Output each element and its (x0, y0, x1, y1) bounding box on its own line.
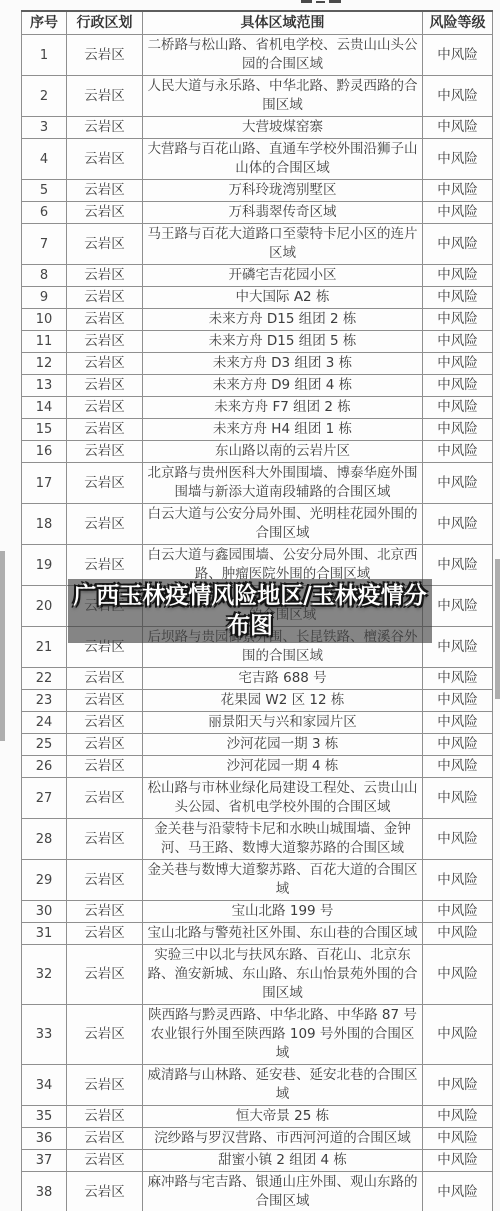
row-risk-cell: 中风险 (423, 945, 493, 1005)
row-district-cell: 云岩区 (67, 397, 143, 419)
row-area-cell: 花果园 W2 区 12 栋 (143, 690, 423, 712)
row-risk-cell: 中风险 (423, 1106, 493, 1128)
row-no-cell: 24 (22, 712, 67, 734)
table-row: 37云岩区甜蜜小镇 2 组团 4 栋中风险 (22, 1150, 493, 1172)
row-no-cell: 19 (22, 545, 67, 586)
row-area-cell: 二桥路与松山路、省机电学校、云贵山山头公园的合围区域 (143, 35, 423, 76)
row-no-cell: 25 (22, 734, 67, 756)
row-district-cell: 云岩区 (67, 35, 143, 76)
row-risk-cell: 中风险 (423, 923, 493, 945)
row-district-cell: 云岩区 (67, 353, 143, 375)
right-edge-artifact (495, 559, 500, 699)
row-risk-cell: 中风险 (423, 139, 493, 180)
row-no-cell: 20 (22, 586, 67, 627)
row-no-cell: 28 (22, 819, 67, 860)
table-row: 26云岩区沙河花园一期 4 栋中风险 (22, 756, 493, 778)
row-risk-cell: 中风险 (423, 441, 493, 463)
row-risk-cell: 中风险 (423, 397, 493, 419)
row-risk-cell: 中风险 (423, 224, 493, 265)
table-row: 5云岩区万科玲珑湾别墅区中风险 (22, 180, 493, 202)
row-risk-cell: 中风险 (423, 35, 493, 76)
row-risk-cell: 中风险 (423, 375, 493, 397)
header-risk: 风险等级 (423, 11, 493, 35)
row-risk-cell: 中风险 (423, 76, 493, 117)
row-district-cell: 云岩区 (67, 76, 143, 117)
row-risk-cell: 中风险 (423, 331, 493, 353)
left-edge-artifact (0, 551, 5, 741)
row-area-cell: 未来方舟 F7 组团 2 栋 (143, 397, 423, 419)
row-district-cell: 云岩区 (67, 945, 143, 1005)
table-row: 11云岩区未来方舟 D15 组团 5 栋中风险 (22, 331, 493, 353)
table-row: 6云岩区万科翡翠传奇区域中风险 (22, 202, 493, 224)
row-area-cell: 实验三中以北与扶风东路、百花山、北京东路、渔安新城、东山路、东山怡景苑外围的合围… (143, 945, 423, 1005)
table-row: 33云岩区陕西路与黔灵西路、中华北路、中华路 87 号农业银行外围至陕西路 10… (22, 1005, 493, 1065)
header-district: 行政区划 (67, 11, 143, 35)
row-area-cell: 万科翡翠传奇区域 (143, 202, 423, 224)
row-no-cell: 26 (22, 756, 67, 778)
row-district-cell: 云岩区 (67, 690, 143, 712)
row-no-cell: 30 (22, 901, 67, 923)
table-row: 12云岩区未来方舟 D3 组团 3 栋中风险 (22, 353, 493, 375)
table-row: 28云岩区金关巷与沿蒙特卡尼和水映山城围墙、金钟河、马王路、数博大道黎苏路的合围… (22, 819, 493, 860)
row-district-cell: 云岩区 (67, 180, 143, 202)
cropped-glyph (301, 0, 312, 3)
row-risk-cell: 中风险 (423, 353, 493, 375)
row-no-cell: 37 (22, 1150, 67, 1172)
row-district-cell: 云岩区 (67, 1106, 143, 1128)
row-risk-cell: 中风险 (423, 202, 493, 224)
row-district-cell: 云岩区 (67, 375, 143, 397)
table-row: 24云岩区丽景阳天与兴和家园片区中风险 (22, 712, 493, 734)
row-district-cell: 云岩区 (67, 901, 143, 923)
row-district-cell: 云岩区 (67, 668, 143, 690)
row-area-cell: 万科玲珑湾别墅区 (143, 180, 423, 202)
row-risk-cell: 中风险 (423, 712, 493, 734)
row-area-cell: 金关巷与沿蒙特卡尼和水映山城围墙、金钟河、马王路、数博大道黎苏路的合围区域 (143, 819, 423, 860)
row-no-cell: 8 (22, 265, 67, 287)
table-row: 7云岩区马王路与百花大道路口至蒙特卡尼小区的连片区域中风险 (22, 224, 493, 265)
row-no-cell: 34 (22, 1065, 67, 1106)
row-risk-cell: 中风险 (423, 690, 493, 712)
row-district-cell: 云岩区 (67, 778, 143, 819)
row-district-cell: 云岩区 (67, 1150, 143, 1172)
row-district-cell: 云岩区 (67, 287, 143, 309)
row-area-cell: 宅吉路 688 号 (143, 668, 423, 690)
row-district-cell: 云岩区 (67, 756, 143, 778)
table-row: 10云岩区未来方舟 D15 组团 2 栋中风险 (22, 309, 493, 331)
cropped-glyph (316, 1, 325, 3)
row-no-cell: 29 (22, 860, 67, 901)
row-risk-cell: 中风险 (423, 265, 493, 287)
row-district-cell: 云岩区 (67, 860, 143, 901)
row-district-cell: 云岩区 (67, 1005, 143, 1065)
table-row: 25云岩区沙河花园一期 3 栋中风险 (22, 734, 493, 756)
row-area-cell: 未来方舟 D15 组团 5 栋 (143, 331, 423, 353)
table-row: 27云岩区松山路与市林业绿化局建设工程处、云贵山山头公园、省机电学校外围的合围区… (22, 778, 493, 819)
row-risk-cell: 中风险 (423, 504, 493, 545)
row-no-cell: 4 (22, 139, 67, 180)
table-row: 18云岩区白云大道与公安分局外围、光明桂花园外围的合围区域中风险 (22, 504, 493, 545)
table-row: 35云岩区恒大帝景 25 栋中风险 (22, 1106, 493, 1128)
row-risk-cell: 中风险 (423, 860, 493, 901)
row-no-cell: 36 (22, 1128, 67, 1150)
row-district-cell: 云岩区 (67, 419, 143, 441)
row-district-cell: 云岩区 (67, 441, 143, 463)
row-risk-cell: 中风险 (423, 287, 493, 309)
row-no-cell: 12 (22, 353, 67, 375)
row-area-cell: 未来方舟 D3 组团 3 栋 (143, 353, 423, 375)
row-risk-cell: 中风险 (423, 1172, 493, 1211)
table-row: 13云岩区未来方舟 D9 组团 4 栋中风险 (22, 375, 493, 397)
row-risk-cell: 中风险 (423, 180, 493, 202)
row-no-cell: 18 (22, 504, 67, 545)
table-row: 3云岩区大营坡煤窑寨中风险 (22, 117, 493, 139)
row-area-cell: 北京路与贵州医科大外围围墙、博泰华庭外围围墙与新添大道南段辅路的合围区域 (143, 463, 423, 504)
row-no-cell: 14 (22, 397, 67, 419)
row-no-cell: 35 (22, 1106, 67, 1128)
row-no-cell: 3 (22, 117, 67, 139)
row-no-cell: 38 (22, 1172, 67, 1211)
row-area-cell: 大营路与百花山路、直通车学校外围沿狮子山山体的合围区域 (143, 139, 423, 180)
row-area-cell: 未来方舟 D15 组团 2 栋 (143, 309, 423, 331)
row-no-cell: 1 (22, 35, 67, 76)
row-area-cell: 开磷宅吉花园小区 (143, 265, 423, 287)
row-no-cell: 33 (22, 1005, 67, 1065)
row-no-cell: 32 (22, 945, 67, 1005)
row-area-cell: 沙河花园一期 3 栋 (143, 734, 423, 756)
table-row: 4云岩区大营路与百花山路、直通车学校外围沿狮子山山体的合围区域中风险 (22, 139, 493, 180)
row-risk-cell: 中风险 (423, 734, 493, 756)
row-area-cell: 未来方舟 D9 组团 4 栋 (143, 375, 423, 397)
header-no: 序号 (22, 11, 67, 35)
table-row: 16云岩区东山路以南的云岩片区中风险 (22, 441, 493, 463)
row-area-cell: 金关巷与数博大道黎苏路、百花大道的合围区域 (143, 860, 423, 901)
row-risk-cell: 中风险 (423, 819, 493, 860)
table-row: 17云岩区北京路与贵州医科大外围围墙、博泰华庭外围围墙与新添大道南段辅路的合围区… (22, 463, 493, 504)
row-risk-cell: 中风险 (423, 117, 493, 139)
row-area-cell: 大营坡煤窑寨 (143, 117, 423, 139)
row-district-cell: 云岩区 (67, 463, 143, 504)
row-district-cell: 云岩区 (67, 139, 143, 180)
row-no-cell: 13 (22, 375, 67, 397)
row-no-cell: 9 (22, 287, 67, 309)
watermark-title-band: 广西玉林疫情风险地区/玉林疫情分布图 (68, 579, 432, 643)
row-no-cell: 15 (22, 419, 67, 441)
row-district-cell: 云岩区 (67, 202, 143, 224)
row-area-cell: 威清路与山林路、延安巷、延安北巷的合围区域 (143, 1065, 423, 1106)
row-area-cell: 人民大道与永乐路、中华北路、黔灵西路的合围区域 (143, 76, 423, 117)
table-row: 22云岩区宅吉路 688 号中风险 (22, 668, 493, 690)
row-area-cell: 甜蜜小镇 2 组团 4 栋 (143, 1150, 423, 1172)
row-area-cell: 宝山北路 199 号 (143, 901, 423, 923)
row-no-cell: 5 (22, 180, 67, 202)
row-no-cell: 21 (22, 627, 67, 668)
row-risk-cell: 中风险 (423, 756, 493, 778)
row-district-cell: 云岩区 (67, 224, 143, 265)
row-district-cell: 云岩区 (67, 117, 143, 139)
row-risk-cell: 中风险 (423, 778, 493, 819)
row-risk-cell: 中风险 (423, 419, 493, 441)
row-area-cell: 宝山北路与警苑社区外围、东山巷的合围区域 (143, 923, 423, 945)
table-row: 2云岩区人民大道与永乐路、中华北路、黔灵西路的合围区域中风险 (22, 76, 493, 117)
row-district-cell: 云岩区 (67, 331, 143, 353)
table-row: 38云岩区麻冲路与宅吉路、银通山庄外围、观山东路的合围区域中风险 (22, 1172, 493, 1211)
row-district-cell: 云岩区 (67, 265, 143, 287)
row-risk-cell: 中风险 (423, 1128, 493, 1150)
table-row: 34云岩区威清路与山林路、延安巷、延安北巷的合围区域中风险 (22, 1065, 493, 1106)
row-district-cell: 云岩区 (67, 819, 143, 860)
cropped-glyph (329, 0, 341, 3)
row-area-cell: 未来方舟 H4 组团 1 栋 (143, 419, 423, 441)
watermark-title: 广西玉林疫情风险地区/玉林疫情分布图 (62, 581, 438, 641)
row-risk-cell: 中风险 (423, 668, 493, 690)
table-row: 8云岩区开磷宅吉花园小区中风险 (22, 265, 493, 287)
row-no-cell: 16 (22, 441, 67, 463)
table-row: 29云岩区金关巷与数博大道黎苏路、百花大道的合围区域中风险 (22, 860, 493, 901)
table-row: 30云岩区宝山北路 199 号中风险 (22, 901, 493, 923)
row-no-cell: 6 (22, 202, 67, 224)
row-no-cell: 31 (22, 923, 67, 945)
row-risk-cell: 中风险 (423, 1150, 493, 1172)
table-row: 1云岩区二桥路与松山路、省机电学校、云贵山山头公园的合围区域中风险 (22, 35, 493, 76)
row-no-cell: 2 (22, 76, 67, 117)
row-risk-cell: 中风险 (423, 545, 493, 586)
table-row: 23云岩区花果园 W2 区 12 栋中风险 (22, 690, 493, 712)
row-district-cell: 云岩区 (67, 1172, 143, 1211)
row-area-cell: 浣纱路与罗汉营路、市西河河道的合围区域 (143, 1128, 423, 1150)
row-area-cell: 麻冲路与宅吉路、银通山庄外围、观山东路的合围区域 (143, 1172, 423, 1211)
table-row: 36云岩区浣纱路与罗汉营路、市西河河道的合围区域中风险 (22, 1128, 493, 1150)
row-risk-cell: 中风险 (423, 901, 493, 923)
row-risk-cell: 中风险 (423, 1005, 493, 1065)
row-no-cell: 10 (22, 309, 67, 331)
table-header-row: 序号 行政区划 具体区域范围 风险等级 (22, 11, 493, 35)
row-no-cell: 11 (22, 331, 67, 353)
row-area-cell: 中大国际 A2 栋 (143, 287, 423, 309)
row-area-cell: 恒大帝景 25 栋 (143, 1106, 423, 1128)
row-no-cell: 17 (22, 463, 67, 504)
row-risk-cell: 中风险 (423, 1065, 493, 1106)
row-district-cell: 云岩区 (67, 712, 143, 734)
row-district-cell: 云岩区 (67, 309, 143, 331)
table-row: 15云岩区未来方舟 H4 组团 1 栋中风险 (22, 419, 493, 441)
row-no-cell: 22 (22, 668, 67, 690)
row-area-cell: 陕西路与黔灵西路、中华北路、中华路 87 号农业银行外围至陕西路 109 号外围… (143, 1005, 423, 1065)
row-district-cell: 云岩区 (67, 1128, 143, 1150)
row-district-cell: 云岩区 (67, 504, 143, 545)
row-risk-cell: 中风险 (423, 309, 493, 331)
row-district-cell: 云岩区 (67, 734, 143, 756)
row-no-cell: 7 (22, 224, 67, 265)
table-row: 32云岩区实验三中以北与扶风东路、百花山、北京东路、渔安新城、东山路、东山怡景苑… (22, 945, 493, 1005)
table-row: 14云岩区未来方舟 F7 组团 2 栋中风险 (22, 397, 493, 419)
row-area-cell: 沙河花园一期 4 栋 (143, 756, 423, 778)
row-risk-cell: 中风险 (423, 463, 493, 504)
header-area: 具体区域范围 (143, 11, 423, 35)
row-area-cell: 松山路与市林业绿化局建设工程处、云贵山山头公园、省机电学校外围的合围区域 (143, 778, 423, 819)
row-area-cell: 东山路以南的云岩片区 (143, 441, 423, 463)
row-area-cell: 白云大道与公安分局外围、光明桂花园外围的合围区域 (143, 504, 423, 545)
row-no-cell: 27 (22, 778, 67, 819)
row-district-cell: 云岩区 (67, 923, 143, 945)
row-area-cell: 丽景阳天与兴和家园片区 (143, 712, 423, 734)
cropped-text-fragment (301, 0, 345, 4)
table-row: 9云岩区中大国际 A2 栋中风险 (22, 287, 493, 309)
table-row: 31云岩区宝山北路与警苑社区外围、东山巷的合围区域中风险 (22, 923, 493, 945)
row-district-cell: 云岩区 (67, 1065, 143, 1106)
row-no-cell: 23 (22, 690, 67, 712)
row-area-cell: 马王路与百花大道路口至蒙特卡尼小区的连片区域 (143, 224, 423, 265)
